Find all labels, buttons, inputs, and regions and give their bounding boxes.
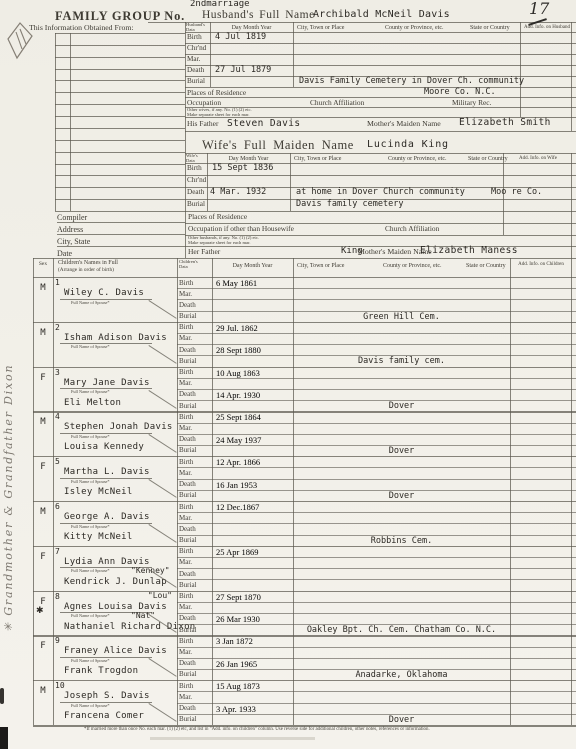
rule-line xyxy=(55,33,56,211)
child-burial-place: Davis family cem. xyxy=(293,356,510,366)
rule-line xyxy=(177,658,576,659)
husband-places-label: Places of Residence xyxy=(187,89,246,97)
child-burial-place: Dover xyxy=(293,491,510,501)
family-group-sheet: 2ndmarriage FAMILY GROUP No. This Inform… xyxy=(0,0,576,749)
col-children-names: Children's Names in Full xyxy=(58,260,118,266)
wife-burial-place: Davis family cemetery xyxy=(296,200,403,209)
child-burial-place: Dover xyxy=(293,401,510,411)
rule-line xyxy=(177,613,576,614)
rule-line xyxy=(55,175,185,176)
child-name: Lydia Ann Davis xyxy=(64,557,150,567)
col-state-children: State or Country xyxy=(466,263,506,269)
diamond-doodle xyxy=(5,20,35,62)
child-birth-date: 27 Sept 1870 xyxy=(216,592,261,602)
child-death-label: Death xyxy=(179,301,196,309)
child-death-date: 14 Apr. 1930 xyxy=(216,390,260,400)
child-birth-label: Birth xyxy=(179,458,193,466)
rule-line xyxy=(55,80,185,81)
rule-line xyxy=(185,22,576,23)
child-name: George A. Davis xyxy=(64,512,150,522)
rule-line xyxy=(55,187,185,188)
obtained-from-label: This Information Obtained From: xyxy=(29,24,134,32)
child-row: F 9 Franey Alice Davis Full Name of Spou… xyxy=(0,635,576,680)
child-mar-label: Mar. xyxy=(179,603,192,611)
child-birth-label: Birth xyxy=(179,637,193,645)
rule-line xyxy=(177,467,576,468)
rule-line xyxy=(571,153,572,258)
child-death-label: Death xyxy=(179,525,196,533)
name-cell-diagonal xyxy=(148,434,176,453)
her-father-label: Her Father xyxy=(188,248,220,256)
child-sex: F xyxy=(33,641,53,651)
husband-name-value: Archibald McNeil Davis xyxy=(313,10,450,21)
rule-line xyxy=(177,624,576,625)
col-addinfo-wife: Add. Info. on Wife xyxy=(504,156,572,161)
husband-name-label: Husband's Full Name xyxy=(202,9,315,21)
husband-chrnd-label: Chr'nd xyxy=(187,45,206,53)
wife-mother-value: Elizabeth Maness xyxy=(420,246,518,256)
rule-line xyxy=(185,43,576,44)
name-cell-diagonal xyxy=(148,658,176,677)
rule-line xyxy=(55,45,185,46)
child-spouse-name: Frank Trogdon xyxy=(64,666,138,676)
child-birth-label: Birth xyxy=(179,323,193,331)
child-birth-date: 12 Dec.1867 xyxy=(216,502,259,512)
rule-line xyxy=(57,222,185,223)
compiler-label: Compiler xyxy=(57,214,87,222)
child-sex: M xyxy=(33,507,53,517)
rule-line xyxy=(55,140,185,141)
rule-line xyxy=(177,400,576,401)
child-death-label: Death xyxy=(179,435,196,443)
child-birth-label: Birth xyxy=(179,592,193,600)
spouse-field-label: Full Name of Spouse* xyxy=(71,434,110,439)
wife-chrnd-label: Chr'nd xyxy=(187,177,206,185)
rule-line xyxy=(177,490,576,491)
husband-birth-date: 4 Jul 1819 xyxy=(215,33,266,42)
child-number: 2 xyxy=(55,323,60,332)
rule-line xyxy=(210,22,211,87)
city-state-label: City, State xyxy=(57,238,90,246)
col-city-husband: City, Town or Place xyxy=(297,25,344,31)
child-number: 9 xyxy=(55,636,60,645)
rule-line xyxy=(177,647,576,648)
wife-burial-label: Burial xyxy=(187,201,205,209)
child-row: M 6 George A. Davis Full Name of Spouse*… xyxy=(0,501,576,546)
child-burial-place: Green Hill Cem. xyxy=(293,312,510,322)
wife-death-place: at home in Dover Church community xyxy=(296,188,465,197)
child-burial-label: Burial xyxy=(179,446,197,454)
child-death-date: 26 Jan 1965 xyxy=(216,659,257,669)
wife-name-value: Lucinda King xyxy=(367,140,449,151)
name-cell-diagonal xyxy=(148,703,176,722)
child-burial-label: Burial xyxy=(179,357,197,365)
wife-church-label: Church Affiliation xyxy=(385,225,439,233)
child-death-label: Death xyxy=(179,390,196,398)
child-name: Martha L. Davis xyxy=(64,467,150,477)
child-number: 10 xyxy=(55,681,65,690)
col-county-children: County or Province, etc. xyxy=(383,263,442,269)
wife-occupation-label: Occupation if other than Housewife xyxy=(188,225,294,233)
name-cell-diagonal xyxy=(148,345,176,364)
child-birth-label: Birth xyxy=(179,368,193,376)
child-burial-label: Burial xyxy=(179,402,197,410)
husband-occupation-label: Occupation xyxy=(187,99,221,107)
rule-line xyxy=(55,69,185,70)
col-city-children: City, Town or Place xyxy=(297,263,344,269)
rule-line xyxy=(177,355,576,356)
rule-line xyxy=(177,389,576,390)
rule-line xyxy=(290,153,291,211)
rule-line xyxy=(177,434,576,435)
child-death-date: 26 Mar 1930 xyxy=(216,614,260,624)
wife-death-date: 4 Mar. 1932 xyxy=(210,188,266,197)
child-death-label: Death xyxy=(179,659,196,667)
child-row: M 10 Joseph S. Davis Full Name of Spouse… xyxy=(0,680,576,725)
child-row: F 3 Mary Jane Davis Full Name of Spouse*… xyxy=(0,367,576,412)
husband-burial-place2: Moore Co. N.C. xyxy=(424,88,496,97)
col-county-husband: County or Province, etc. xyxy=(385,25,444,31)
child-death-date: 3 Apr. 1933 xyxy=(216,704,256,714)
col-date-husband: Day Month Year xyxy=(210,25,293,31)
rule-line xyxy=(177,602,576,603)
date-label: Date xyxy=(57,250,72,258)
rule-line xyxy=(177,523,576,524)
child-row: M 1 Wiley C. Davis Full Name of Spouse* … xyxy=(0,277,576,322)
child-death-label: Death xyxy=(179,346,196,354)
other-husbands-note-2: Make separate sheet for each mar. xyxy=(188,241,251,246)
spouse-field-label: Full Name of Spouse* xyxy=(71,703,110,708)
col-county-wife: County or Province, etc. xyxy=(388,156,447,162)
child-birth-label: Birth xyxy=(179,413,193,421)
child-mar-label: Mar. xyxy=(179,514,192,522)
child-name: Franey Alice Davis xyxy=(64,646,167,656)
rule-line xyxy=(55,57,185,58)
his-father-value: Steven Davis xyxy=(227,119,300,129)
child-birth-date: 25 Apr 1869 xyxy=(216,547,259,557)
child-burial-place: Dover xyxy=(293,715,510,725)
spouse-field-label: Full Name of Spouse* xyxy=(71,389,110,394)
child-spouse-name: Isley McNeil xyxy=(64,487,133,497)
rule-line xyxy=(177,311,576,312)
name-cell-diagonal xyxy=(148,300,176,319)
rule-line xyxy=(177,333,576,334)
col-children-names-sub: (Arrange in order of birth) xyxy=(58,268,114,274)
husband-death-date: 27 Jul 1879 xyxy=(215,66,271,75)
child-name: Joseph S. Davis xyxy=(64,691,150,701)
child-burial-label: Burial xyxy=(179,312,197,320)
husband-birth-label: Birth xyxy=(187,34,202,42)
name-cell-diagonal xyxy=(148,524,176,543)
husband-mother-value: Elizabeth Smith xyxy=(459,118,551,128)
child-number: 7 xyxy=(55,547,60,556)
rule-line xyxy=(571,22,572,131)
rule-line xyxy=(177,423,576,424)
child-number: 5 xyxy=(55,457,60,466)
spouse-field-label: Full Name of Spouse* xyxy=(71,524,110,529)
rule-line xyxy=(177,512,576,513)
child-burial-place: Robbins Cem. xyxy=(293,536,510,546)
rule-line xyxy=(55,116,185,117)
rule-line xyxy=(185,97,576,98)
child-spouse-name: Nathaniel Richard Dixon xyxy=(64,622,196,632)
child-row: M 2 Isham Adison Davis Full Name of Spou… xyxy=(0,322,576,367)
child-death-date: 28 Sept 1880 xyxy=(216,345,261,355)
child-death-label: Death xyxy=(179,480,196,488)
wife-places-label: Places of Residence xyxy=(188,213,247,221)
col-city-wife: City, Town or Place xyxy=(294,156,341,162)
col-children-data: Children's Data xyxy=(179,260,205,270)
child-nickname: "Lou" xyxy=(100,591,172,600)
rule-line xyxy=(177,479,576,480)
wife-name-label: Wife's Full Maiden Name xyxy=(202,139,354,152)
child-spouse-name: Kitty McNeil xyxy=(64,532,133,542)
rule-line xyxy=(185,153,576,154)
child-mar-label: Mar. xyxy=(179,469,192,477)
spouse-field-label: Full Name of Spouse* xyxy=(71,300,110,305)
rule-line xyxy=(520,22,521,117)
child-death-label: Death xyxy=(179,570,196,578)
rule-line xyxy=(185,131,576,133)
rule-line xyxy=(57,246,185,247)
husband-military-label: Military Rec. xyxy=(452,99,491,107)
child-death-date: 24 May 1937 xyxy=(216,435,261,445)
child-name: Wiley C. Davis xyxy=(64,288,144,298)
child-number: 3 xyxy=(55,368,60,377)
col-state-wife: State or Country xyxy=(468,156,508,162)
child-number: 4 xyxy=(55,412,60,421)
child-row: M 4 Stephen Jonah Davis Full Name of Spo… xyxy=(0,411,576,456)
name-cell-diagonal xyxy=(148,479,176,498)
child-birth-label: Birth xyxy=(179,503,193,511)
child-birth-date: 25 Sept 1864 xyxy=(216,412,261,422)
rule-line xyxy=(55,152,185,153)
col-addinfo-children: Add. Info. on Children xyxy=(510,262,572,267)
rule-line xyxy=(55,211,185,212)
child-mar-label: Mar. xyxy=(179,334,192,342)
child-number: 6 xyxy=(55,502,60,511)
child-birth-date: 10 Aug 1863 xyxy=(216,368,260,378)
child-birth-date: 3 Jan 1872 xyxy=(216,636,253,646)
rule-line xyxy=(177,691,576,692)
child-number: 8 xyxy=(55,592,60,601)
child-burial-label: Burial xyxy=(179,536,197,544)
child-birth-label: Birth xyxy=(179,547,193,555)
rule-line xyxy=(177,535,576,536)
rule-line xyxy=(293,22,294,87)
child-burial-label: Burial xyxy=(179,581,197,589)
child-burial-place: Oakley Bpt. Ch. Cem. Chatham Co. N.C. xyxy=(293,625,510,635)
rule-line xyxy=(177,703,576,704)
child-burial-label: Burial xyxy=(179,491,197,499)
rule-line xyxy=(55,164,185,165)
child-sex: M xyxy=(33,328,53,338)
wife-birth-label: Birth xyxy=(187,165,202,173)
rule-line xyxy=(55,199,185,200)
child-spouse-name: Francena Comer xyxy=(64,711,144,721)
child-row: F 5 Martha L. Davis Full Name of Spouse*… xyxy=(0,456,576,501)
child-sex: F xyxy=(33,462,53,472)
child-mar-label: Mar. xyxy=(179,424,192,432)
rule-line xyxy=(177,288,576,289)
footnote: *If married more than once No. each mar.… xyxy=(84,727,430,732)
child-mar-label: Mar. xyxy=(179,558,192,566)
child-name: Isham Adison Davis xyxy=(64,333,167,343)
child-birth-date: 15 Aug 1873 xyxy=(216,681,260,691)
rule-line xyxy=(177,299,576,300)
child-burial-place: Anadarke, Oklahoma xyxy=(293,670,510,680)
rule-line xyxy=(177,568,576,569)
child-spouse-name: Eli Melton xyxy=(64,398,121,408)
col-sex: Sex xyxy=(33,262,53,268)
scan-artifact-corner xyxy=(0,727,8,749)
husband-mother-label: Mother's Maiden Name xyxy=(367,120,441,128)
child-mar-label: Mar. xyxy=(179,693,192,701)
husband-death-label: Death xyxy=(187,67,204,75)
child-row: F ✱ 8 "Lou" Agnes Louisa Davis Full Name… xyxy=(0,591,576,636)
name-cell-diagonal xyxy=(148,390,176,409)
wife-death-county: Moo re Co. xyxy=(491,188,542,197)
child-sex: M xyxy=(33,417,53,427)
rule-line xyxy=(177,579,576,580)
scan-artifact-edge xyxy=(0,688,4,704)
child-name: Stephen Jonah Davis xyxy=(64,422,173,432)
col-date-wife: Day Month Year xyxy=(207,156,290,162)
child-flag-star-icon: ✱ xyxy=(36,605,44,616)
rule-line xyxy=(185,54,576,55)
child-birth-date: 29 Jul. 1862 xyxy=(216,323,258,333)
child-death-label: Death xyxy=(179,704,196,712)
scan-artifact-smudge xyxy=(150,737,315,740)
rule-line xyxy=(55,104,185,105)
child-spouse-name: Kendrick J. Dunlap xyxy=(64,577,167,587)
spouse-field-label: Full Name of Spouse* xyxy=(71,658,110,663)
child-mar-label: Mar. xyxy=(179,379,192,387)
child-burial-label: Burial xyxy=(179,626,197,634)
col-date-children: Day Month Year xyxy=(212,263,293,269)
other-wives-note-2: Make separate sheet for each mar. xyxy=(187,113,250,118)
husband-burial-label: Burial xyxy=(187,78,205,86)
spouse-field-label: Full Name of Spouse* xyxy=(71,479,110,484)
rule-line xyxy=(55,92,185,93)
husband-data-col-label: Husband's Data xyxy=(186,23,209,33)
child-sex: F xyxy=(33,552,53,562)
child-death-date: 16 Jan 1953 xyxy=(216,480,257,490)
husband-church-label: Church Affiliation xyxy=(310,99,364,107)
rule-line xyxy=(177,557,576,558)
child-row: F 7 Lydia Ann Davis Full Name of Spouse*… xyxy=(0,546,576,591)
col-addinfo-husband: Add. Info. on Husband xyxy=(521,25,573,30)
child-spouse-name: Louisa Kennedy xyxy=(64,442,144,452)
rule-line xyxy=(55,33,185,34)
rule-line xyxy=(177,344,576,345)
form-title: FAMILY GROUP No. xyxy=(55,10,185,23)
address-label: Address xyxy=(57,226,83,234)
child-burial-label: Burial xyxy=(179,670,197,678)
spouse-field-label: Full Name of Spouse* xyxy=(71,568,110,573)
child-birth-date: 12 Apr. 1866 xyxy=(216,457,260,467)
child-burial-label: Burial xyxy=(179,715,197,723)
wife-data-col-label: Wife's Data xyxy=(186,154,206,164)
spouse-field-label: Full Name of Spouse* xyxy=(71,613,110,618)
child-mar-label: Mar. xyxy=(179,648,192,656)
child-number: 1 xyxy=(55,278,60,287)
col-state-husband: State or Country xyxy=(470,25,510,31)
child-sex: F xyxy=(33,373,53,383)
husband-mar-label: Mar. xyxy=(187,56,200,64)
his-father-label: His Father xyxy=(187,120,218,128)
child-burial-place: Dover xyxy=(293,446,510,456)
husband-burial-place: Davis Family Cemetery in Dover Ch. commu… xyxy=(299,77,524,86)
rule-line xyxy=(177,378,576,379)
rule-line xyxy=(177,445,576,446)
child-sex: M xyxy=(33,283,53,293)
rule-line xyxy=(70,33,71,211)
child-name: Agnes Louisa Davis xyxy=(64,602,167,612)
child-mar-label: Mar. xyxy=(179,290,192,298)
rule-line xyxy=(177,714,576,715)
rule-line xyxy=(185,175,576,176)
child-name: Mary Jane Davis xyxy=(64,378,150,388)
child-sex: M xyxy=(33,686,53,696)
rule-line xyxy=(57,234,185,235)
child-birth-date: 6 May 1861 xyxy=(216,278,257,288)
wife-death-label: Death xyxy=(187,189,204,197)
child-death-label: Death xyxy=(179,614,196,622)
rule-line xyxy=(177,669,576,670)
rule-line xyxy=(55,128,185,129)
child-birth-label: Birth xyxy=(179,682,193,690)
page-number: 17 xyxy=(529,1,549,18)
spouse-field-label: Full Name of Spouse* xyxy=(71,344,110,349)
wife-birth-date: 15 Sept 1836 xyxy=(212,164,273,173)
child-birth-label: Birth xyxy=(179,279,193,287)
